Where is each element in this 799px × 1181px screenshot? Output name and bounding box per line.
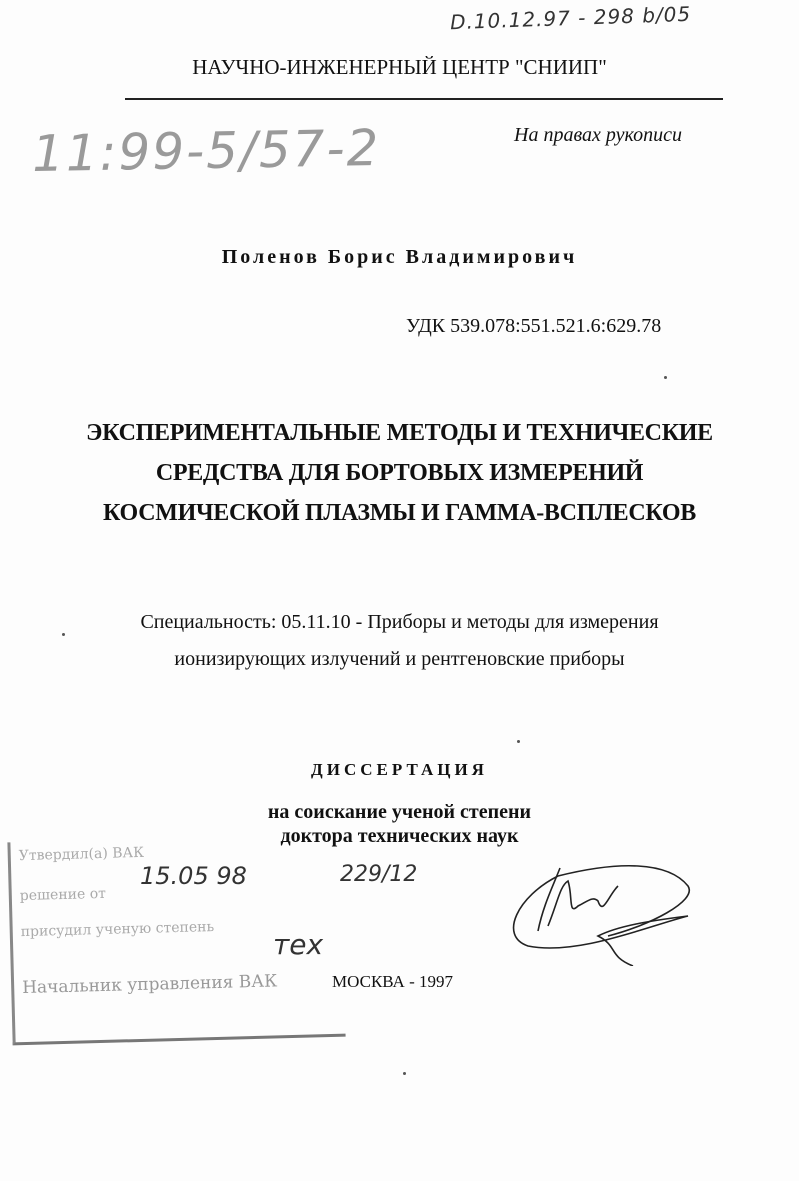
- scan-speck: [62, 633, 65, 636]
- handwritten-archive-number: 11:99-5/57-2: [32, 119, 381, 183]
- title-line: ЭКСПЕРИМЕНТАЛЬНЫЕ МЕТОДЫ И ТЕХНИЧЕСКИЕ: [0, 413, 799, 453]
- scan-speck: [664, 376, 667, 379]
- handwritten-stamp-number: 229/12: [340, 862, 417, 887]
- document-type: ДИССЕРТАЦИЯ: [0, 760, 799, 780]
- scan-speck: [517, 740, 520, 743]
- handwritten-registration-number: D.10.12.97 - 298 b/05: [450, 2, 692, 34]
- title-line: СРЕДСТВА ДЛЯ БОРТОВЫХ ИЗМЕРЕНИЙ: [0, 453, 799, 493]
- stamp-line: Начальник управления ВАК: [22, 971, 278, 998]
- specialty: Специальность: 05.11.10 - Приборы и мето…: [0, 604, 799, 678]
- degree-line: на соискание ученой степени: [0, 800, 799, 824]
- dissertation-title: ЭКСПЕРИМЕНТАЛЬНЫЕ МЕТОДЫ И ТЕХНИЧЕСКИЕ С…: [0, 413, 799, 533]
- handwritten-stamp-note: тех: [273, 928, 323, 961]
- city-year: МОСКВА - 1997: [332, 972, 453, 992]
- organization-name: НАУЧНО-ИНЖЕНЕРНЫЙ ЦЕНТР "СНИИП": [0, 55, 799, 80]
- specialty-line: ионизирующих излучений и рентгеновские п…: [0, 641, 799, 678]
- signature-icon: [498, 856, 698, 966]
- title-line: КОСМИЧЕСКОЙ ПЛАЗМЫ И ГАММА-ВСПЛЕСКОВ: [0, 493, 799, 533]
- scan-speck: [403, 1072, 406, 1075]
- stamp-line: присудил ученую степень: [21, 919, 215, 940]
- handwritten-stamp-date: 15.05 98: [140, 862, 247, 890]
- stamp-line: Утвердил(а) ВАК: [19, 845, 145, 864]
- author-name: Поленов Борис Владимирович: [0, 246, 799, 269]
- header-divider: [125, 98, 723, 100]
- rights-note: На правах рукописи: [514, 124, 682, 147]
- specialty-line: Специальность: 05.11.10 - Приборы и мето…: [0, 604, 799, 641]
- stamp-line: решение от: [20, 886, 107, 904]
- udk-code: УДК 539.078:551.521.6:629.78: [406, 315, 661, 338]
